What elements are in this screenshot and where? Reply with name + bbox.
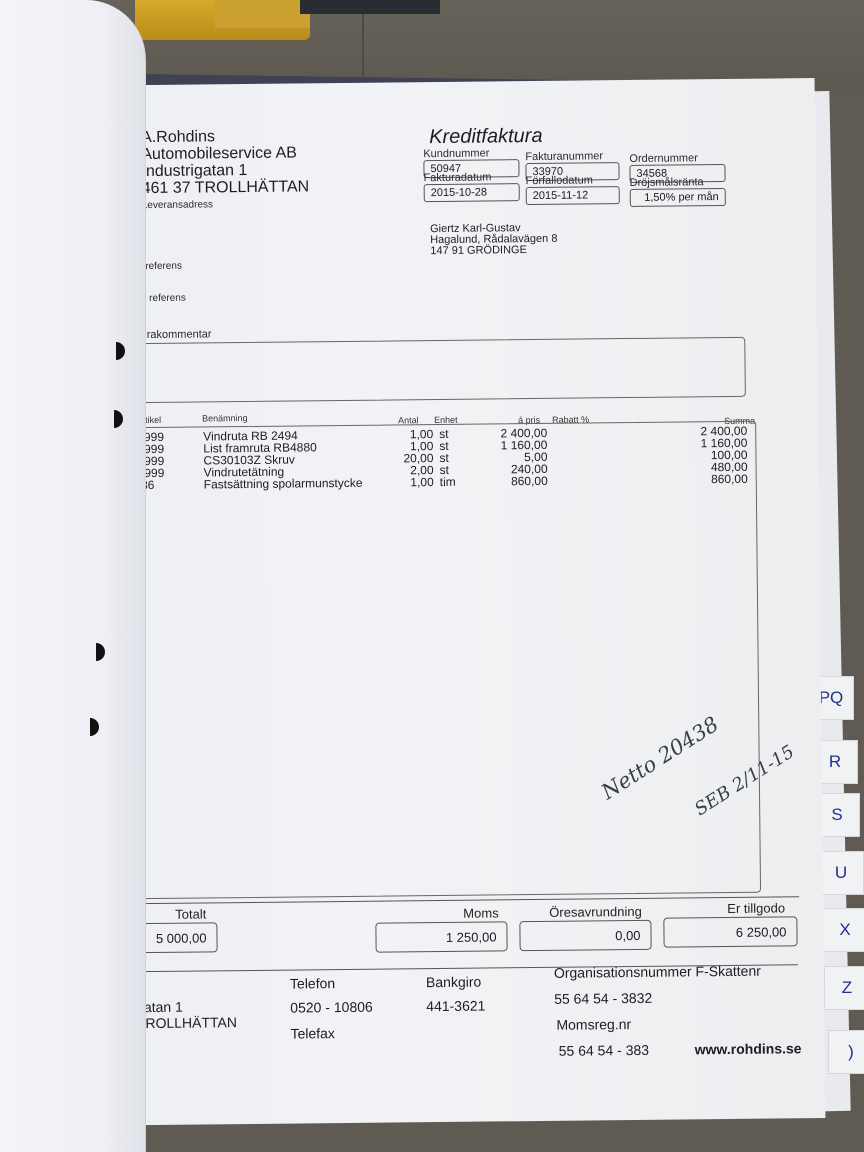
fakturadatum-label: Fakturadatum (423, 171, 519, 184)
dark-binder-edge (300, 0, 440, 14)
delivery-address-label: Leveransadress (142, 198, 310, 211)
rounding-label: Öresavrundning (549, 904, 642, 920)
ordernummer-label: Ordernummer (629, 152, 725, 165)
forfallodatum-value: 2015-11-12 (526, 186, 620, 205)
items-table: 9999Vindruta RB 24941,00st2 400,002 400,… (114, 421, 761, 900)
seller-street: Industrigatan 1 (141, 161, 309, 180)
footer-orgnr-label: Organisationsnummer F-Skattenr (554, 963, 761, 981)
items-rows: 9999Vindruta RB 24941,00st2 400,002 400,… (115, 426, 756, 493)
seller-postal: 461 37 TROLLHÄTTAN (142, 178, 310, 197)
index-tab-z[interactable]: Z (824, 966, 864, 1010)
vat-value: 1 250,00 (375, 921, 507, 952)
drojsmalsranta-value: 1,50% per mån (630, 188, 726, 207)
seller-company: Automobileservice AB (141, 144, 309, 163)
comment-box (115, 337, 746, 404)
field-forfallodatum: Förfallodatum 2015-11-12 (526, 174, 620, 205)
customer-postal: 147 91 GRÖDINGE (430, 245, 557, 257)
index-tab-x[interactable]: X (822, 908, 864, 952)
cell-rabatt (556, 475, 616, 476)
invoice-sheet: A.Rohdins Automobileservice AB Industrig… (55, 78, 826, 1126)
cell-enhet: tim (440, 477, 480, 489)
credit-label: Er tillgodo (727, 900, 785, 916)
cell-rabatt (555, 451, 615, 452)
cell-rabatt (555, 439, 615, 440)
footer-momsreg-label: Momsreg.nr (556, 1016, 631, 1033)
table-row: t86Fastsättning spolarmunstycke1,00tim86… (116, 474, 756, 493)
header-benamning: Benämning (202, 413, 248, 423)
fakturanummer-label: Fakturanummer (525, 150, 619, 163)
footer-phone-value: 0520 - 10806 (290, 999, 373, 1016)
seller-block: A.Rohdins Automobileservice AB Industrig… (141, 127, 309, 211)
seller-name: A.Rohdins (141, 127, 309, 146)
total-label: Totalt (175, 906, 206, 921)
footer-fax-label: Telefax (290, 1025, 335, 1041)
customer-block: Giertz Karl-Gustav Hagalund, Rådalavägen… (430, 223, 558, 257)
forfallodatum-label: Förfallodatum (526, 174, 620, 187)
kundnummer-label: Kundnummer (423, 147, 519, 160)
footer-bankgiro-value: 441-3621 (426, 998, 485, 1015)
vat-label: Moms (463, 905, 499, 920)
fakturadatum-value: 2015-10-28 (424, 183, 520, 202)
credit-value: 6 250,00 (663, 916, 797, 947)
index-tab-misc[interactable]: ) (828, 1030, 864, 1074)
rounding-value: 0,00 (519, 920, 651, 951)
footer-bankgiro-label: Bankgiro (426, 974, 481, 991)
index-tab-u[interactable]: U (818, 851, 864, 895)
field-fakturadatum: Fakturadatum 2015-10-28 (423, 171, 519, 202)
cell-antal: 1,00 (372, 477, 434, 489)
footer-orgnr-value: 55 64 54 - 3832 (554, 990, 652, 1007)
cell-summa: 860,00 (676, 474, 748, 486)
cell-rabatt (556, 463, 616, 464)
cell-apris: 860,00 (496, 476, 548, 488)
yellow-envelope-fold (215, 0, 310, 28)
document-title: Kreditfaktura (429, 125, 543, 149)
footer-phone-label: Telefon (290, 975, 335, 991)
field-drojsmalsranta: Dröjsmålsränta 1,50% per mån (630, 176, 726, 207)
cell-rabatt (555, 427, 615, 428)
footer-website[interactable]: www.rohdins.se (695, 1040, 802, 1057)
footer-momsreg-value: 55 64 54 - 383 (559, 1042, 649, 1059)
left-binder-page (0, 0, 146, 1152)
drojsmalsranta-label: Dröjsmålsränta (630, 176, 726, 189)
